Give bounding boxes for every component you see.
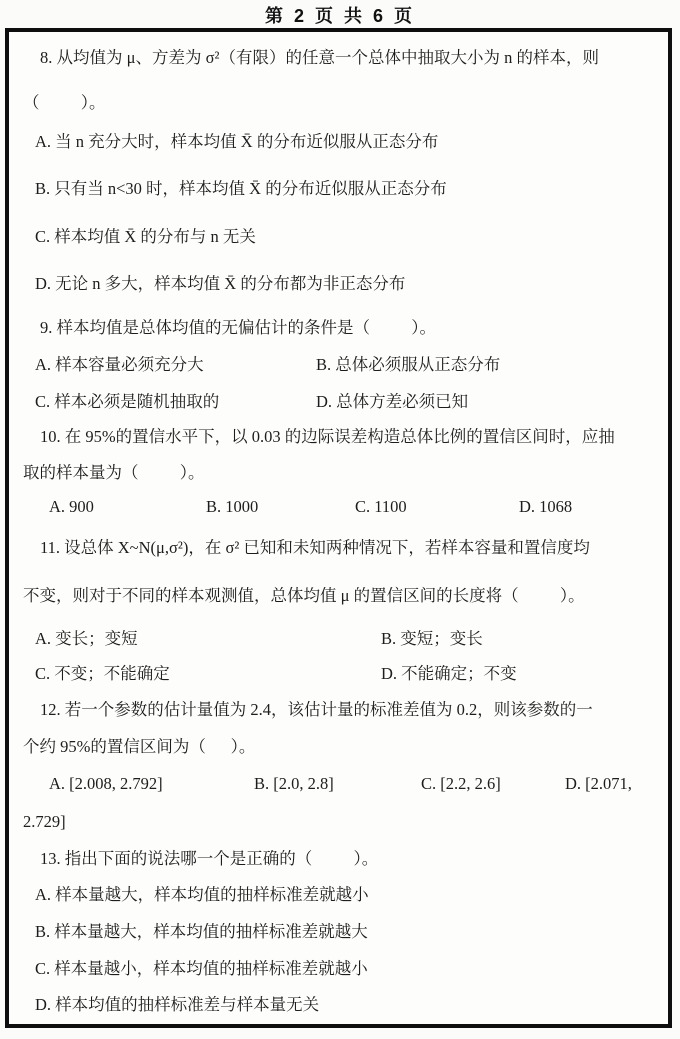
- question-9-option-b: B. 总体必须服从正态分布: [316, 355, 500, 375]
- question-12-options-row: A. [2.008, 2.792] B. [2.0, 2.8] C. [2.2,…: [23, 774, 658, 794]
- question-12-stem-line-1: 12. 若一个参数的估计量值为 2.4，该估计量的标准差值为 0.2，则该参数的…: [23, 700, 658, 720]
- question-11-option-d: D. 不能确定；不变: [381, 664, 517, 684]
- question-9-options-row-2: C. 样本必须是随机抽取的 D. 总体方差必须已知: [23, 392, 658, 412]
- question-9-stem: 9. 样本均值是总体均值的无偏估计的条件是（ ）。: [23, 318, 658, 338]
- question-box: 8. 从均值为 μ、方差为 σ²（有限）的任意一个总体中抽取大小为 n 的样本，…: [5, 28, 672, 1028]
- question-10-stem-line-1: 10. 在 95%的置信水平下，以 0.03 的边际误差构造总体比例的置信区间时…: [23, 427, 658, 447]
- question-9-option-c: C. 样本必须是随机抽取的: [35, 392, 316, 412]
- question-12-option-c: C. [2.2, 2.6]: [421, 774, 565, 794]
- question-10-option-b: B. 1000: [206, 497, 355, 517]
- question-12-option-a: A. [2.008, 2.792]: [49, 774, 254, 794]
- question-10-options-row: A. 900 B. 1000 C. 1100 D. 1068: [23, 497, 658, 517]
- question-9-options-row-1: A. 样本容量必须充分大 B. 总体必须服从正态分布: [23, 355, 658, 375]
- question-10-stem-line-2: 取的样本量为（ ）。: [23, 463, 658, 483]
- question-12-stem-line-2: 个约 95%的置信区间为（ ）。: [23, 737, 658, 757]
- question-11-option-a: A. 变长；变短: [35, 629, 381, 649]
- question-11-stem-line-2: 不变，则对于不同的样本观测值，总体均值 μ 的置信区间的长度将（ ）。: [23, 586, 658, 606]
- question-10-option-c: C. 1100: [355, 497, 519, 517]
- question-9-option-d: D. 总体方差必须已知: [316, 392, 468, 412]
- question-13-stem: 13. 指出下面的说法哪一个是正确的（ ）。: [23, 849, 658, 869]
- question-12-option-d-continuation: 2.729]: [23, 812, 658, 832]
- question-9-option-a: A. 样本容量必须充分大: [35, 355, 316, 375]
- question-8-answer-blank: （ ）。: [23, 93, 658, 113]
- question-12-option-d: D. [2.071,: [565, 774, 632, 794]
- question-11-options-row-1: A. 变长；变短 B. 变短；变长: [23, 629, 658, 649]
- question-11-stem-line-1: 11. 设总体 X~N(μ,σ²)，在 σ² 已知和未知两种情况下，若样本容量和…: [23, 538, 658, 558]
- question-8-stem: 8. 从均值为 μ、方差为 σ²（有限）的任意一个总体中抽取大小为 n 的样本，…: [23, 48, 658, 68]
- question-11-option-b: B. 变短；变长: [381, 629, 483, 649]
- question-8-option-a: A. 当 n 充分大时，样本均值 X̄ 的分布近似服从正态分布: [23, 132, 658, 152]
- page-header: 第 2 页 共 6 页: [0, 0, 680, 28]
- exam-page: 第 2 页 共 6 页 8. 从均值为 μ、方差为 σ²（有限）的任意一个总体中…: [0, 0, 680, 28]
- question-11-option-c: C. 不变；不能确定: [35, 664, 381, 684]
- question-13-option-d: D. 样本均值的抽样标准差与样本量无关: [23, 995, 658, 1015]
- question-11-options-row-2: C. 不变；不能确定 D. 不能确定；不变: [23, 664, 658, 684]
- question-8-option-c: C. 样本均值 X̄ 的分布与 n 无关: [23, 227, 658, 247]
- question-10-option-d: D. 1068: [519, 497, 572, 517]
- question-13-option-a: A. 样本量越大，样本均值的抽样标准差就越小: [23, 885, 658, 905]
- question-8-option-d: D. 无论 n 多大，样本均值 X̄ 的分布都为非正态分布: [23, 274, 658, 294]
- question-13-option-b: B. 样本量越大，样本均值的抽样标准差就越大: [23, 922, 658, 942]
- question-12-option-b: B. [2.0, 2.8]: [254, 774, 421, 794]
- question-8-option-b: B. 只有当 n<30 时，样本均值 X̄ 的分布近似服从正态分布: [23, 179, 658, 199]
- question-10-option-a: A. 900: [49, 497, 206, 517]
- question-13-option-c: C. 样本量越小，样本均值的抽样标准差就越小: [23, 959, 658, 979]
